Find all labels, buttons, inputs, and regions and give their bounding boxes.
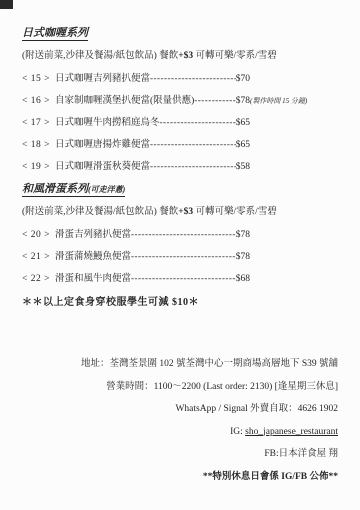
section-title-egg: 和風滑蛋系列(可走洋蔥) [22,182,338,197]
subtitle-pre: (附送前菜,沙律及餐湯/紙包飲品) 餐飲 [22,207,178,217]
menu-item-main: < 20 > 滑蛋吉列豬扒便當 $78 [22,228,250,242]
item-number: < 17 > [22,117,50,130]
menu-item: < 17 > 日式咖喱牛肉撈稻庭烏冬 $65 [22,116,338,130]
student-discount-note: ＊＊以上定食身穿校服學生可減 $10＊ [22,296,338,310]
menu-item: < 18 > 日式咖喱唐揚炸雞便當 $65 [22,138,338,152]
menu-page: 日式咖喱系列 (附送前菜,沙律及餐湯/紙包飲品) 餐飲+$3 可轉可樂/零系/雪… [0,0,360,484]
item-name: 滑蛋吉列豬扒便當 [55,229,131,242]
address-line: 地址：荃灣荃景圍 102 號荃灣中心一期商場高層地下 S39 號舖 [22,358,338,371]
subtitle-pre: (附送前菜,沙律及餐湯/紙包飲品) 餐飲 [22,51,178,61]
dotted-leader [150,138,236,152]
section-title-text: 和風滑蛋系列 [22,183,88,195]
menu-item: < 19 > 日式咖喱滑蛋秋葵便當 $58 [22,160,338,174]
item-price: $78 [236,251,250,264]
item-number: < 22 > [22,273,50,286]
item-number: < 15 > [22,73,50,86]
item-price: $78 [236,229,250,242]
menu-item: < 22 > 滑蛋和風牛肉便當 $68 [22,272,338,286]
whatsapp-line: WhatsApp / Signal 外賣自取：4626 1902 [22,403,338,416]
item-name: 日式咖喱滑蛋秋葵便當 [55,161,150,174]
dotted-leader [150,72,236,86]
instagram-line: IG: sho_japanese_restaurant [22,426,338,439]
menu-item: < 20 > 滑蛋吉列豬扒便當 $78 [22,228,338,242]
section-title-suffix: (可走洋蔥) [88,185,125,194]
item-number: < 21 > [22,251,50,264]
item-name: 日式咖喱唐揚炸雞便當 [55,139,150,152]
menu-item-main: < 22 > 滑蛋和風牛肉便當 $68 [22,272,250,286]
menu-item: < 15 > 日式咖喱吉列豬扒便當 $70 [22,72,338,86]
menu-item: < 16 > 自家制咖喱漢堡扒便當(限量供應) $78 (製作時間 15 分鐘) [22,94,338,108]
menu-item-main: < 18 > 日式咖喱唐揚炸雞便當 $65 [22,138,250,152]
section-subtitle: (附送前菜,沙律及餐湯/紙包飲品) 餐飲+$3 可轉可樂/零系/雪碧 [22,206,338,219]
menu-item: < 21 > 滑蛋蒲燒鰻魚便當 $78 [22,250,338,264]
section-wafu-egg: 和風滑蛋系列(可走洋蔥) (附送前菜,沙律及餐湯/紙包飲品) 餐飲+$3 可轉可… [22,182,338,286]
section-title-text: 日式咖喱系列 [22,27,88,39]
opening-hours-line: 營業時間：1100～2200 (Last order: 2130) [逢星期三休… [22,381,338,394]
item-price: $58 [236,161,250,174]
dotted-leader [131,228,236,242]
menu-item-main: < 15 > 日式咖喱吉列豬扒便當 $70 [22,72,250,86]
item-name: 滑蛋蒲燒鰻魚便當 [55,251,131,264]
section-subtitle: (附送前菜,沙律及餐湯/紙包飲品) 餐飲+$3 可轉可樂/零系/雪碧 [22,50,338,63]
menu-item-main: < 17 > 日式咖喱牛肉撈稻庭烏冬 $65 [22,116,250,130]
item-price: $68 [236,273,250,286]
section-japanese-curry: 日式咖喱系列 (附送前菜,沙律及餐湯/紙包飲品) 餐飲+$3 可轉可樂/零系/雪… [22,26,338,174]
item-name: 日式咖喱吉列豬扒便當 [55,73,150,86]
item-price: $78 [236,95,250,108]
item-name: 日式咖喱牛肉撈稻庭烏冬 [55,117,160,130]
dotted-leader [194,94,235,108]
item-price: $65 [236,117,250,130]
dotted-leader [131,250,236,264]
item-number: < 20 > [22,229,50,242]
item-number: < 19 > [22,161,50,174]
item-name: 自家制咖喱漢堡扒便當(限量供應) [55,95,194,108]
item-price: $70 [236,73,250,86]
subtitle-bold: +$3 [178,51,193,61]
subtitle-bold: +$3 [178,207,193,217]
item-name: 滑蛋和風牛肉便當 [55,273,131,286]
dotted-leader [131,272,236,286]
instagram-label: IG: [230,427,245,437]
scan-artifact [0,0,13,9]
subtitle-post: 可轉可樂/零系/雪碧 [193,51,277,61]
special-holiday-note: **特別休息日會係 IG/FB 公佈** [22,471,338,484]
menu-item-main: < 19 > 日式咖喱滑蛋秋葵便當 $58 [22,160,250,174]
menu-item-main: < 16 > 自家制咖喱漢堡扒便當(限量供應) $78 [22,94,250,108]
dotted-leader [150,160,236,174]
instagram-handle: sho_japanese_restaurant [245,427,338,437]
item-number: < 16 > [22,95,50,108]
menu-item-main: < 21 > 滑蛋蒲燒鰻魚便當 $78 [22,250,250,264]
item-note: (製作時間 15 分鐘) [250,95,307,108]
facebook-line: FB:日本洋食屋 翔 [22,448,338,461]
footer-contact-block: 地址：荃灣荃景圍 102 號荃灣中心一期商場高層地下 S39 號舖 營業時間：1… [22,358,338,484]
item-price: $65 [236,139,250,152]
subtitle-post: 可轉可樂/零系/雪碧 [193,207,277,217]
item-number: < 18 > [22,139,50,152]
dotted-leader [159,116,235,130]
section-title-curry: 日式咖喱系列 [22,26,338,41]
